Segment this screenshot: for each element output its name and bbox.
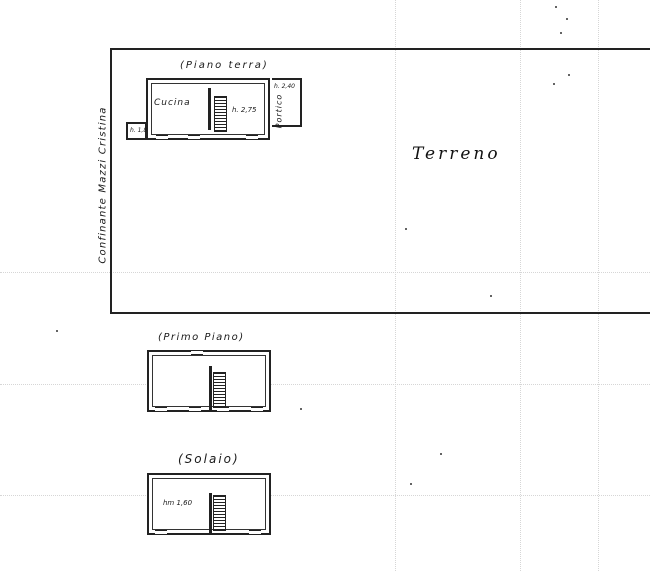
site-label: Terreno	[412, 144, 501, 164]
floor-title-attic: (Solaio)	[178, 452, 240, 466]
scan-speck	[440, 453, 442, 455]
room-height-label: h. 2,75	[232, 106, 256, 114]
window	[191, 350, 203, 355]
attic-height-label: hm 1,60	[163, 499, 192, 507]
scan-speck	[555, 6, 557, 8]
interior-wall	[209, 366, 212, 410]
scan-speck	[300, 408, 302, 410]
porch-plan: h. 2,40 Portico	[272, 78, 302, 127]
interior-wall	[208, 88, 211, 130]
scan-speck	[566, 18, 568, 20]
window	[249, 530, 261, 535]
stair-icon	[214, 96, 227, 132]
ground-floor-plan: Cucina h. 2,75	[146, 78, 270, 140]
interior-wall	[209, 493, 212, 535]
window	[155, 407, 167, 412]
grid-line	[0, 384, 650, 385]
window	[156, 135, 168, 140]
boundary-label: Confinante Mazzi Cristina	[98, 106, 109, 263]
window	[246, 135, 258, 140]
stair-icon	[213, 372, 226, 408]
first-floor-plan	[147, 350, 271, 412]
window	[251, 407, 263, 412]
floor-title-ground: (Piano terra)	[180, 60, 269, 71]
scan-speck	[410, 483, 412, 485]
window	[217, 407, 229, 412]
stair-icon	[213, 495, 226, 531]
floor-title-first: (Primo Piano)	[158, 332, 245, 343]
attic-plan: hm 1,60	[147, 473, 271, 535]
window	[155, 530, 167, 535]
room-label-cucina: Cucina	[154, 98, 191, 108]
annex-plan: h. 1,8	[126, 122, 147, 140]
scan-speck	[560, 32, 562, 34]
window	[189, 407, 201, 412]
scan-speck	[56, 330, 58, 332]
grid-line	[0, 495, 650, 496]
porch-label: Portico	[275, 94, 284, 129]
annex-height-label: h. 1,8	[130, 127, 147, 134]
porch-height-label: h. 2,40	[274, 83, 295, 90]
window	[188, 135, 200, 140]
